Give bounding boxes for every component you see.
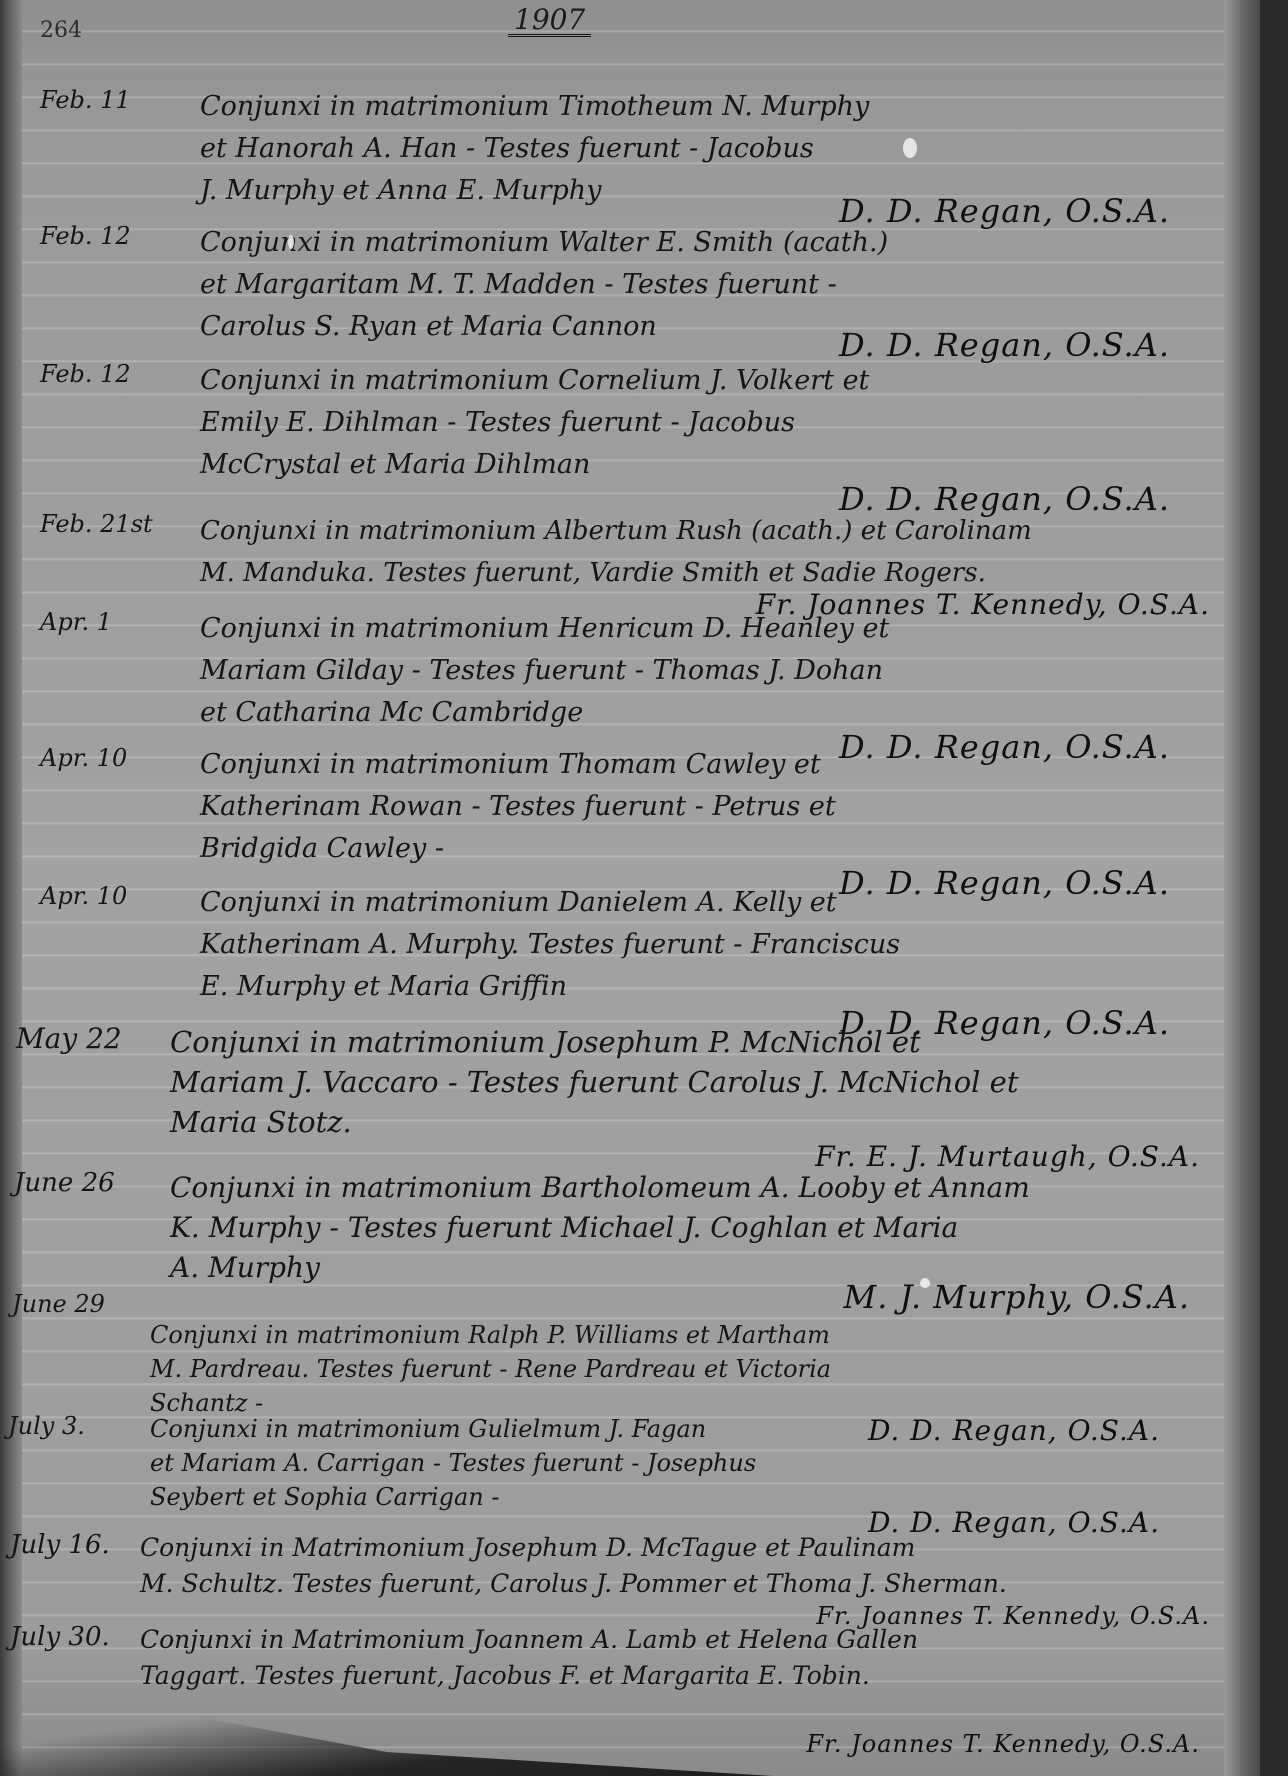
page-number: 264 xyxy=(40,18,82,43)
paper-blemish xyxy=(920,1278,930,1288)
entry-line: Conjunxi in matrimonium Ralph P. William… xyxy=(150,1318,1160,1352)
entry-line: Katherinam Rowan - Testes fuerunt - Petr… xyxy=(200,786,1210,828)
entry-line: Maria Stotz. xyxy=(170,1102,1180,1142)
entry-date: May 22 xyxy=(16,1022,122,1055)
entry-text: Conjunxi in matrimonium Cornelium J. Vol… xyxy=(200,360,1210,486)
page-edge xyxy=(1224,0,1260,1776)
register-year: 1907 xyxy=(508,6,591,37)
entry-text: Conjunxi in matrimonium Bartholomeum A. … xyxy=(170,1168,1180,1288)
entry-text: Conjunxi in Matrimonium Joannem A. Lamb … xyxy=(140,1622,1150,1694)
entry-line: Mariam Gilday - Testes fuerunt - Thomas … xyxy=(200,650,1210,692)
entry-line: et Hanorah A. Han - Testes fuerunt - Jac… xyxy=(200,128,1210,170)
book-binding xyxy=(0,0,22,1776)
entry-date: Feb. 21st xyxy=(40,510,153,538)
entry-date: July 3. xyxy=(8,1412,85,1440)
entry-text: Conjunxi in matrimonium Albertum Rush (a… xyxy=(200,510,1210,594)
paper-blemish xyxy=(903,138,917,158)
officiant-signature: Fr. Joannes T. Kennedy, O.S.A. xyxy=(806,1730,1200,1758)
entry-line: et Mariam A. Carrigan - Testes fuerunt -… xyxy=(150,1446,1160,1480)
entry-line: Conjunxi in matrimonium Danielem A. Kell… xyxy=(200,882,1210,924)
entry-date: June 29 xyxy=(12,1290,105,1318)
entry-line: M. Schultz. Testes fuerunt, Carolus J. P… xyxy=(140,1566,1150,1602)
officiant-signature: D. D. Regan, O.S.A. xyxy=(839,326,1170,364)
entry-line: Conjunxi in matrimonium Gulielmum J. Fag… xyxy=(150,1412,1160,1446)
entry-date: Feb. 12 xyxy=(40,360,131,388)
entry-line: et Margaritam M. T. Madden - Testes fuer… xyxy=(200,264,1210,306)
entry-line: Conjunxi in Matrimonium Joannem A. Lamb … xyxy=(140,1622,1150,1658)
entry-line: Mariam J. Vaccaro - Testes fuerunt Carol… xyxy=(170,1062,1180,1102)
entry-line: M. Pardreau. Testes fuerunt - Rene Pardr… xyxy=(150,1352,1160,1386)
entry-line: Taggart. Testes fuerunt, Jacobus F. et M… xyxy=(140,1658,1150,1694)
entry-line: Conjunxi in matrimonium Bartholomeum A. … xyxy=(170,1168,1180,1208)
entry-line: Conjunxi in matrimonium Josephum P. McNi… xyxy=(170,1022,1180,1062)
entry-text: Conjunxi in matrimonium Josephum P. McNi… xyxy=(170,1022,1180,1142)
entry-date: July 16. xyxy=(10,1530,110,1560)
entry-line: Conjunxi in matrimonium Albertum Rush (a… xyxy=(200,510,1210,552)
entry-date: July 30. xyxy=(10,1622,110,1652)
entry-line: Conjunxi in matrimonium Thomam Cawley et xyxy=(200,744,1210,786)
entry-line: Katherinam A. Murphy. Testes fuerunt - F… xyxy=(200,924,1210,966)
entry-line: Conjunxi in matrimonium Timotheum N. Mur… xyxy=(200,86,1210,128)
entry-text: Conjunxi in matrimonium Gulielmum J. Fag… xyxy=(150,1412,1160,1514)
entry-text: Conjunxi in matrimonium Thomam Cawley et… xyxy=(200,744,1210,870)
entry-date: Apr. 1 xyxy=(40,608,112,636)
officiant-signature: M. J. Murphy, O.S.A. xyxy=(844,1278,1191,1316)
entry-date: Feb. 12 xyxy=(40,222,131,250)
entry-line: E. Murphy et Maria Griffin xyxy=(200,966,1210,1008)
entry-text: Conjunxi in matrimonium Danielem A. Kell… xyxy=(200,882,1210,1008)
entry-line: K. Murphy - Testes fuerunt Michael J. Co… xyxy=(170,1208,1180,1248)
entry-line: Conjunxi in matrimonium Cornelium J. Vol… xyxy=(200,360,1210,402)
entry-line: Conjunxi in Matrimonium Josephum D. McTa… xyxy=(140,1530,1150,1566)
entry-line: Conjunxi in matrimonium Henricum D. Hean… xyxy=(200,608,1210,650)
register-page: 264 1907 Feb. 11 Conjunxi in matrimonium… xyxy=(0,0,1260,1776)
entry-date: Apr. 10 xyxy=(40,882,127,910)
entry-date: June 26 xyxy=(14,1168,115,1198)
entry-text: Conjunxi in matrimonium Ralph P. William… xyxy=(150,1318,1160,1420)
entry-text: Conjunxi in Matrimonium Josephum D. McTa… xyxy=(140,1530,1150,1602)
entry-text: Conjunxi in matrimonium Henricum D. Hean… xyxy=(200,608,1210,734)
entry-line: Conjunxi in matrimonium Walter E. Smith … xyxy=(200,222,1210,264)
entry-date: Apr. 10 xyxy=(40,744,127,772)
entry-date: Feb. 11 xyxy=(40,86,131,114)
entry-line: Emily E. Dihlman - Testes fuerunt - Jaco… xyxy=(200,402,1210,444)
paper-blemish xyxy=(288,235,294,249)
